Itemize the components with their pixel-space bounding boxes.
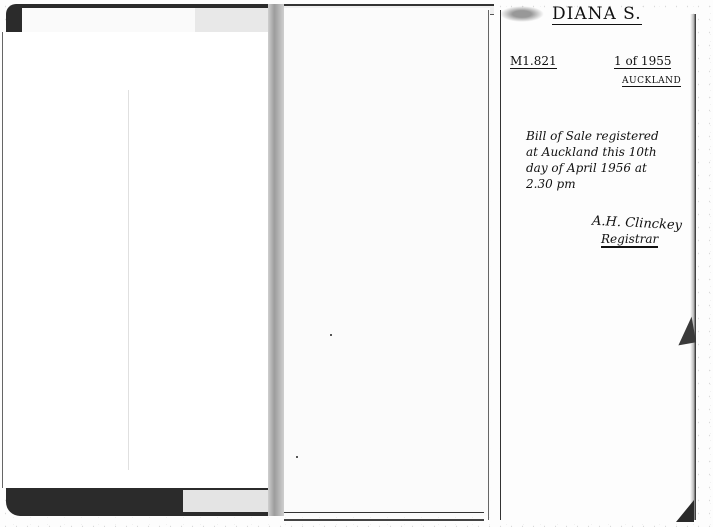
registry-port: AUCKLAND: [622, 76, 681, 87]
annotation-line: Bill of Sale registered: [526, 128, 696, 144]
middle-blank-page: [284, 8, 490, 516]
left-blank-page: [2, 32, 271, 488]
speck: [330, 334, 332, 336]
right-page-edge: [690, 14, 696, 520]
scanned-document: DIANA S. M1.821 1 of 1955 AUCKLAND Bill …: [0, 0, 713, 527]
middle-page-bottom-edge: [284, 512, 484, 521]
fold-line: [488, 10, 489, 520]
bill-of-sale-annotation: Bill of Sale registered at Auckland this…: [526, 128, 696, 192]
registrar-title: Registrar: [601, 232, 658, 248]
registry-year: 1 of 1955: [614, 54, 671, 69]
vessel-name: DIANA S.: [552, 4, 642, 25]
annotation-line: 2.30 pm: [526, 176, 696, 192]
ink-blot: [500, 6, 544, 22]
annotation-line: day of April 1956 at: [526, 160, 696, 176]
left-page-fold: [128, 90, 129, 470]
folder-spine: [268, 4, 285, 516]
left-top-tab: [195, 8, 270, 34]
page-corner: [676, 500, 694, 522]
left-bottom-tab: [183, 490, 270, 512]
speck: [296, 456, 298, 458]
registration-number: M1.821: [510, 54, 557, 69]
annotation-line: at Auckland this 10th: [526, 144, 696, 160]
